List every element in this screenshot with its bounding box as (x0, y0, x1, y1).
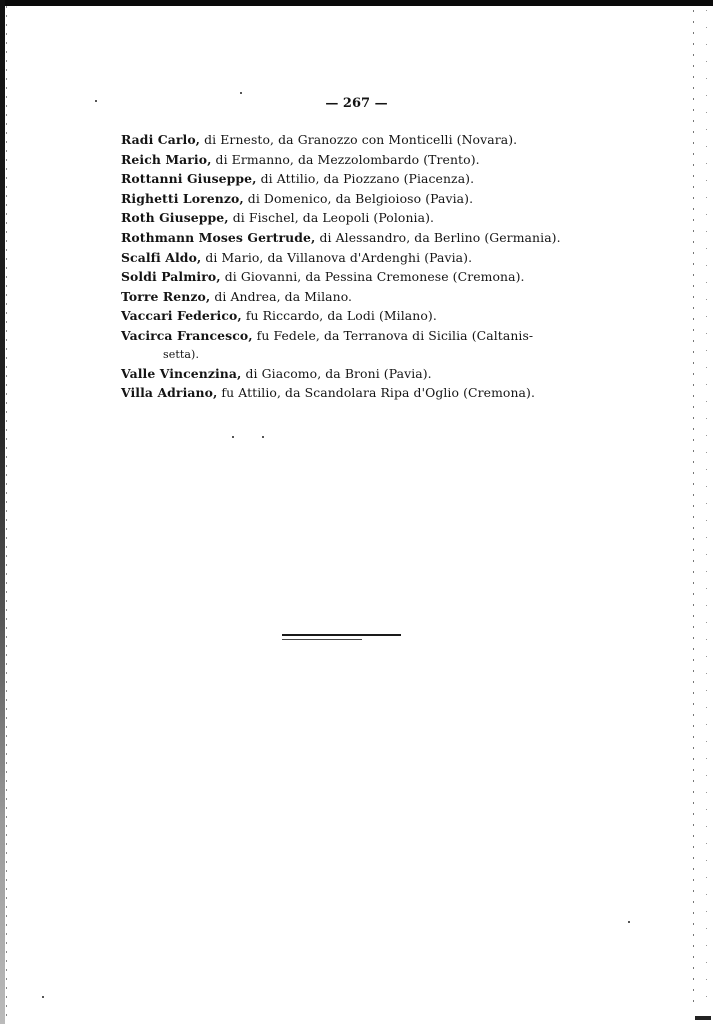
entry-details: di Mario, da Villanova d'Ardenghi (Pavia… (201, 250, 472, 265)
list-item: Torre Renzo, di Andrea, da Milano. (121, 287, 571, 307)
entry-name: Radi Carlo, (121, 132, 200, 147)
entry-details: di Attilio, da Piozzano (Piacenza). (257, 171, 475, 186)
entry-name: Valle Vincenzina, (121, 366, 241, 381)
entry-details: di Fischel, da Leopoli (Polonia). (229, 210, 434, 225)
list-item: Rothmann Moses Gertrude, di Alessandro, … (121, 228, 571, 248)
scan-speck (262, 436, 264, 438)
list-item: Vaccari Federico, fu Riccardo, da Lodi (… (121, 306, 571, 326)
entry-name: Torre Renzo, (121, 289, 210, 304)
entry-name: Soldi Palmiro, (121, 269, 221, 284)
scan-speck (240, 92, 242, 94)
entry-details: di Ermanno, da Mezzolombardo (Trento). (212, 152, 480, 167)
page-number: — 267 — (0, 96, 713, 111)
entry-continuation: setta). (121, 346, 571, 364)
entry-details: di Giacomo, da Broni (Pavia). (241, 366, 431, 381)
list-item: Righetti Lorenzo, di Domenico, da Belgio… (121, 189, 571, 209)
entry-name: Villa Adriano, (121, 385, 217, 400)
scan-top-border (0, 0, 713, 6)
scan-right-noise-2 (706, 10, 707, 1010)
list-item: Soldi Palmiro, di Giovanni, da Pessina C… (121, 267, 571, 287)
entry-details: fu Attilio, da Scandolara Ripa d'Oglio (… (217, 385, 535, 400)
entry-details: di Domenico, da Belgioioso (Pavia). (244, 191, 473, 206)
entry-details: di Andrea, da Milano. (210, 289, 352, 304)
entry-details: di Alessandro, da Berlino (Germania). (315, 230, 560, 245)
entry-name: Rottanni Giuseppe, (121, 171, 257, 186)
list-item: Reich Mario, di Ermanno, da Mezzolombard… (121, 150, 571, 170)
list-item: Rottanni Giuseppe, di Attilio, da Piozza… (121, 169, 571, 189)
list-item: Villa Adriano, fu Attilio, da Scandolara… (121, 383, 571, 403)
entry-name: Rothmann Moses Gertrude, (121, 230, 315, 245)
entry-name: Roth Giuseppe, (121, 210, 229, 225)
page-number-text: — 267 — (325, 96, 387, 111)
entry-details: di Giovanni, da Pessina Cremonese (Cremo… (221, 269, 525, 284)
entry-details: di Ernesto, da Granozzo con Monticelli (… (200, 132, 517, 147)
entry-name: Vaccari Federico, (121, 308, 242, 323)
list-item: Valle Vincenzina, di Giacomo, da Broni (… (121, 364, 571, 384)
list-item: Vacirca Francesco, fu Fedele, da Terrano… (121, 326, 571, 364)
scanned-page: — 267 — Radi Carlo, di Ernesto, da Grano… (0, 0, 713, 1024)
scan-speck (232, 436, 234, 438)
entry-name: Scalfi Aldo, (121, 250, 201, 265)
scan-speck (42, 996, 44, 998)
entry-details: fu Riccardo, da Lodi (Milano). (242, 308, 437, 323)
list-item: Scalfi Aldo, di Mario, da Villanova d'Ar… (121, 248, 571, 268)
scan-left-border (0, 0, 5, 1024)
entry-name: Vacirca Francesco, (121, 328, 253, 343)
list-item: Roth Giuseppe, di Fischel, da Leopoli (P… (121, 208, 571, 228)
entry-name: Reich Mario, (121, 152, 212, 167)
section-end-rule (282, 634, 401, 636)
scan-speck (628, 921, 630, 923)
entry-name: Righetti Lorenzo, (121, 191, 244, 206)
entry-details: fu Fedele, da Terranova di Sicilia (Calt… (253, 328, 534, 343)
scan-corner-mark (695, 1016, 711, 1020)
section-end-rule-shadow (282, 639, 362, 640)
scan-left-noise (6, 6, 7, 1016)
list-item: Radi Carlo, di Ernesto, da Granozzo con … (121, 130, 571, 150)
name-list: Radi Carlo, di Ernesto, da Granozzo con … (121, 130, 571, 403)
scan-right-noise (693, 10, 694, 1010)
